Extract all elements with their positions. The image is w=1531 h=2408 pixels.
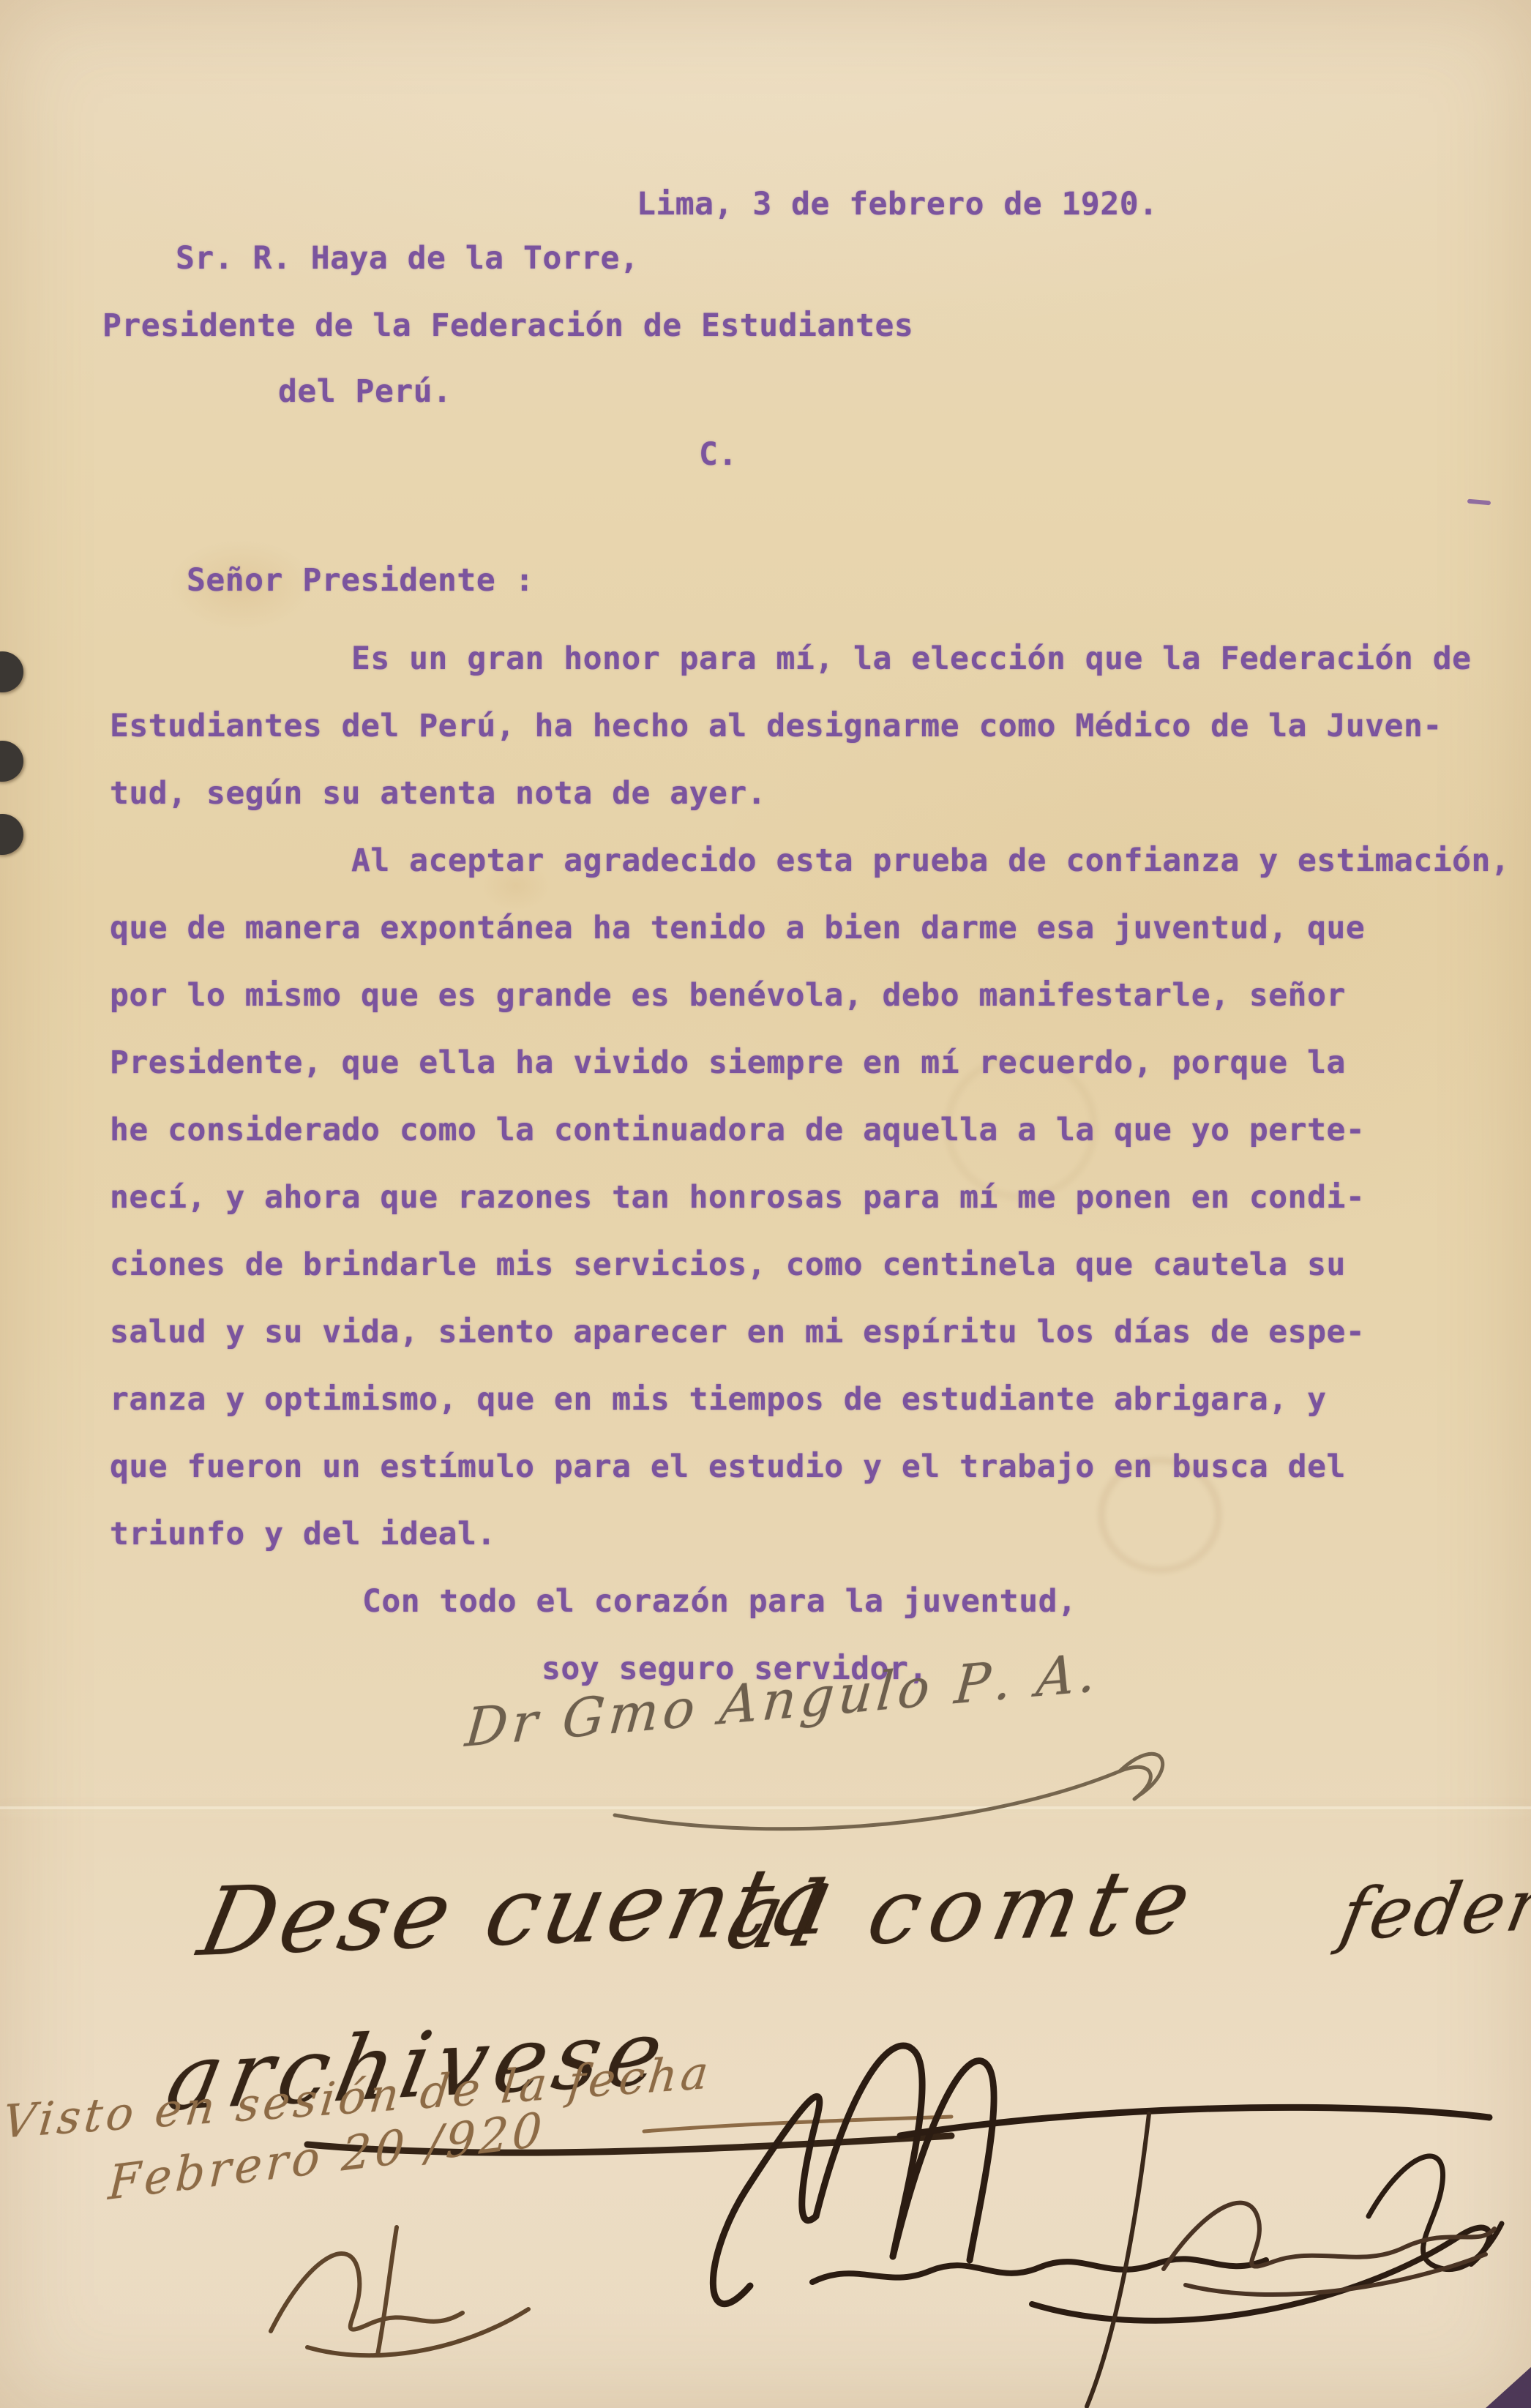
directive-word-2: al comte <box>719 1849 1210 1970</box>
ink-dash <box>1467 499 1491 506</box>
body-line: Es un gran honor para mí, la elección qu… <box>110 625 1486 692</box>
addressee-line-2: Presidente de la Federación de Estudiant… <box>102 310 913 342</box>
body-line: tud, según su atenta nota de ayer. <box>110 760 1486 827</box>
body-line: Con todo el corazón para la juventud, <box>110 1568 1486 1635</box>
directive-word-3: federal <box>1334 1860 1531 1957</box>
body-line: ciones de brindarle mis servicios, como … <box>110 1231 1486 1298</box>
co-signature <box>1142 2159 1522 2313</box>
reference-initial: C. <box>699 439 738 471</box>
punch-hole-3 <box>0 814 23 855</box>
body-line: ranza y optimismo, que en mis tiempos de… <box>110 1366 1486 1433</box>
body-line: Al aceptar agradecido esta prueba de con… <box>110 827 1486 894</box>
body-line: he considerado como la continuadora de a… <box>110 1096 1486 1164</box>
letter-date: Lima, 3 de febrero de 1920. <box>637 189 1158 220</box>
secretary-rubric <box>242 2207 556 2375</box>
body-line: salud y su vida, siento aparecer en mi e… <box>110 1298 1486 1366</box>
body-line: que fueron un estímulo para el estudio y… <box>110 1433 1486 1500</box>
letter-page: Lima, 3 de febrero de 1920. Sr. R. Haya … <box>0 0 1531 2408</box>
body-line: necí, y ahora que razones tan honrosas p… <box>110 1164 1486 1231</box>
addressee-line-1: Sr. R. Haya de la Torre, <box>176 243 639 274</box>
salutation: Señor Presidente : <box>187 565 534 597</box>
punch-hole-1 <box>0 651 23 692</box>
letter-body: Es un gran honor para mí, la elección qu… <box>110 625 1486 1702</box>
body-line: por lo mismo que es grande es benévola, … <box>110 962 1486 1029</box>
body-line: Estudiantes del Perú, ha hecho al design… <box>110 692 1486 760</box>
doctor-signature-flourish <box>439 1676 1186 1852</box>
addressee-line-3: del Perú. <box>278 376 452 408</box>
body-line: Presidente, que ella ha vivido siempre e… <box>110 1029 1486 1096</box>
corner-fold-mark <box>1486 2367 1531 2408</box>
body-line: triunfo y del ideal. <box>110 1500 1486 1568</box>
body-line: que de manera expontánea ha tenido a bie… <box>110 894 1486 962</box>
punch-hole-2 <box>0 741 23 782</box>
